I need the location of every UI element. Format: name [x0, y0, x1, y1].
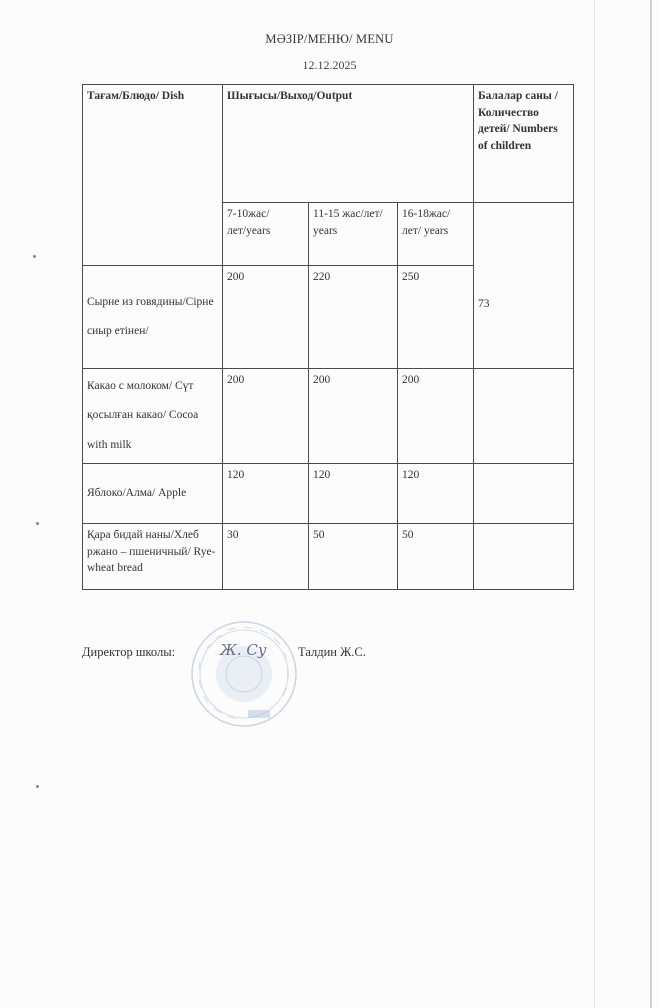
age-group-16-18: 16-18жас/лет/ years — [398, 203, 474, 266]
output-value: 200 — [223, 266, 309, 369]
output-value: 50 — [309, 523, 398, 589]
scan-artifact-line — [650, 0, 652, 1008]
document-date: 12.12.2025 — [0, 58, 659, 73]
children-count: 73 — [478, 298, 490, 310]
age-group-11-15: 11-15 жас/лет/ years — [309, 203, 398, 266]
dish-name: Яблоко/Алма/ Apple — [83, 463, 223, 523]
children-empty-cell — [474, 463, 574, 523]
output-value: 120 — [398, 463, 474, 523]
output-value: 120 — [309, 463, 398, 523]
output-value: 200 — [398, 369, 474, 464]
output-value: 200 — [309, 369, 398, 464]
scan-artifact-dot — [36, 785, 39, 788]
director-name: Талдин Ж.С. — [298, 645, 366, 660]
table-row: Қара бидай наны/Хлеб ржано – пшеничный/ … — [83, 523, 574, 589]
children-empty-cell — [474, 523, 574, 589]
scan-artifact-line — [594, 0, 595, 1008]
table-row: Яблоко/Алма/ Apple 120 120 120 — [83, 463, 574, 523]
handwritten-signature: Ж. Су — [220, 641, 267, 659]
output-value: 220 — [309, 266, 398, 369]
age-group-7-10: 7-10жас/лет/years — [223, 203, 309, 266]
document-title: МӘЗІР/МЕНЮ/ MENU — [0, 32, 659, 47]
output-value: 250 — [398, 266, 474, 369]
dish-name: Какао с молоком/ Сүт қосылған какао/ Coc… — [83, 369, 223, 464]
scan-artifact-dot — [33, 255, 36, 258]
header-children: Балалар саны /Количество детей/ Numbers … — [474, 85, 574, 203]
table-row: Какао с молоком/ Сүт қосылған какао/ Coc… — [83, 369, 574, 464]
header-dish: Тағам/Блюдо/ Dish — [83, 85, 223, 266]
header-output: Шығысы/Выход/Output — [223, 85, 474, 203]
output-value: 200 — [223, 369, 309, 464]
signature-label: Директор школы: — [82, 645, 175, 660]
menu-table: Тағам/Блюдо/ Dish Шығысы/Выход/Output Ба… — [82, 84, 574, 590]
output-value: 30 — [223, 523, 309, 589]
children-empty-cell — [474, 369, 574, 464]
children-count-cell: 73 — [474, 203, 574, 369]
dish-name: Сырне из говядины/Сірне сиыр етінен/ — [83, 266, 223, 369]
official-stamp-icon — [188, 618, 300, 730]
document-page: МӘЗІР/МЕНЮ/ MENU 12.12.2025 Тағам/Блюдо/… — [0, 0, 659, 1008]
scan-artifact-dot — [36, 522, 39, 525]
output-value: 120 — [223, 463, 309, 523]
output-value: 50 — [398, 523, 474, 589]
dish-name: Қара бидай наны/Хлеб ржано – пшеничный/ … — [83, 523, 223, 589]
table-header-row: Тағам/Блюдо/ Dish Шығысы/Выход/Output Ба… — [83, 85, 574, 203]
